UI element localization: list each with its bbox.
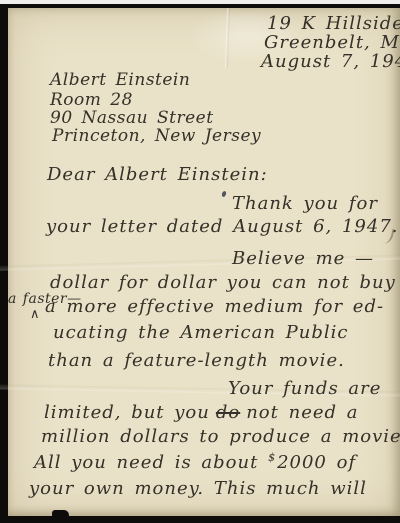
recipient-street: 90 Nassau Street: [50, 110, 214, 127]
all-post: of: [337, 452, 357, 473]
sender-street: 19 K Hillside: [267, 15, 400, 33]
body-line-believe-indent: Believe me —: [232, 250, 374, 268]
recipient-city: Princeton, New Jersey: [52, 128, 261, 145]
recipient-room: Room 28: [50, 92, 133, 109]
body-line-than: than a feature-length movie.: [48, 352, 345, 370]
letter-date: August 7, 1947: [261, 53, 400, 71]
body-line-dollar-for-dollar: dollar for dollar you can not buy: [50, 274, 396, 292]
limited-pre: limited, but you: [44, 402, 210, 423]
photo-edge-strip: [0, 0, 400, 4]
body-line-thank-indent: Thank you for: [232, 195, 378, 213]
body-line-million: million dollars to produce a movie.: [41, 428, 400, 446]
body-line-medium: a more effective medium for ed-: [45, 298, 384, 316]
body-line-all-you-need: All you need is about $2000 of: [34, 452, 356, 472]
body-line-limited: limited, but youdonot need a: [44, 404, 358, 422]
letter-paper: 19 K Hillside Greenbelt, Md. August 7, 1…: [8, 8, 400, 516]
body-line-thank-rest: your letter dated August 6, 1947.: [46, 218, 399, 236]
limited-post: not need a: [246, 402, 358, 423]
dollar-sign-superscript: $: [268, 451, 276, 464]
ink-blot: [221, 190, 227, 197]
photo-background: 19 K Hillside Greenbelt, Md. August 7, 1…: [0, 0, 400, 523]
all-pre: All you need is about: [34, 452, 258, 473]
amount: 2000: [277, 452, 327, 473]
recipient-name: Albert Einstein: [50, 72, 190, 89]
salutation: Dear Albert Einstein:: [47, 166, 268, 184]
struck-word: do: [216, 402, 240, 423]
paper-tear-notch: [52, 510, 69, 523]
body-line-funds-indent: Your funds are: [228, 380, 381, 398]
insertion-caret: ∧: [30, 308, 41, 321]
sender-city: Greenbelt, Md.: [264, 34, 400, 52]
body-line-your-own: your own money. This much will: [29, 480, 367, 498]
body-line-ucating: ucating the American Public: [53, 324, 348, 342]
